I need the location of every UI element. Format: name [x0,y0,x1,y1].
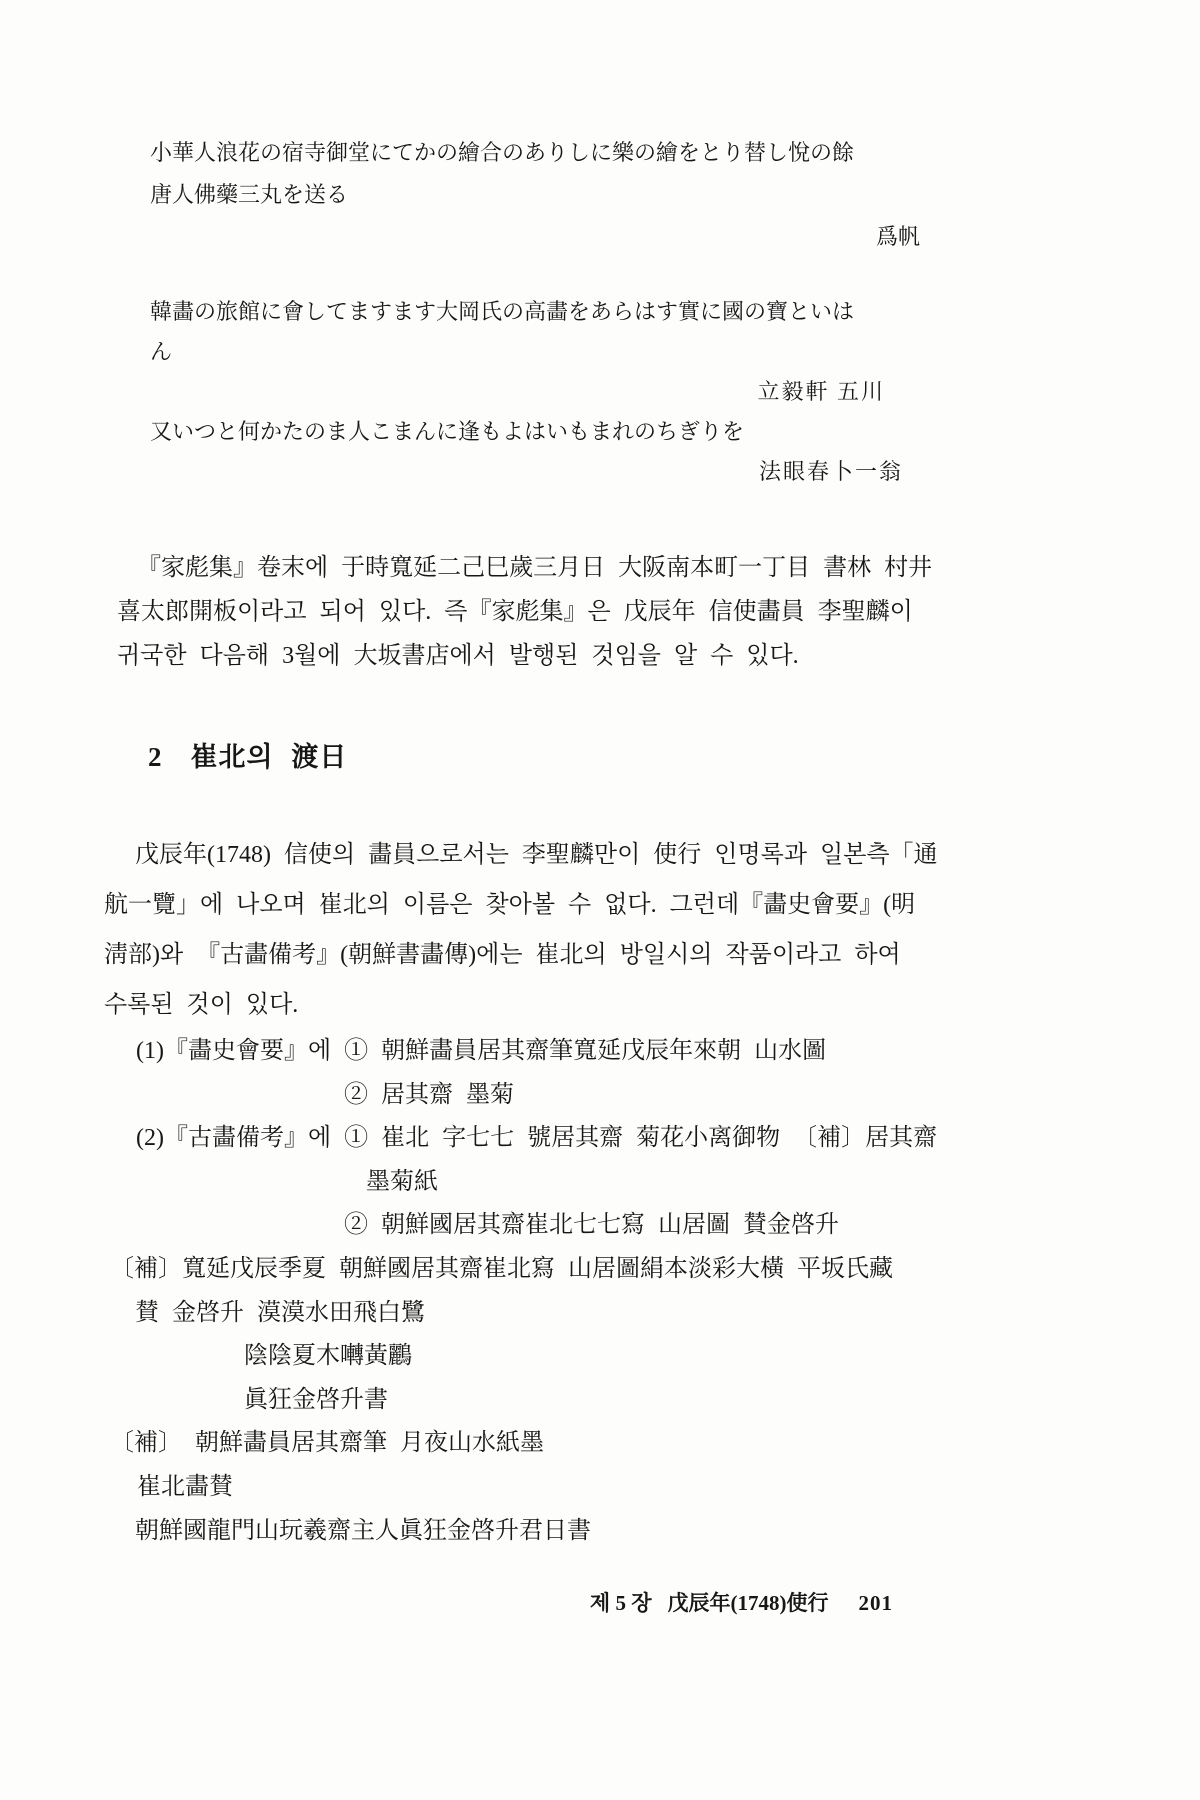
list-line: 朝鮮國龍門山玩羲齋主人眞狂金啓升君日書 [135,1510,950,1554]
scanned-document-page: 小華人浪花の宿寺御堂にてかの繪合のありしに樂の繪をとり替し悅の餘 唐人佛藥三丸を… [0,0,1200,1800]
list-line: 賛 金啓升 漠漠水田飛白鷺 [135,1292,950,1336]
quote-line: 韓畵の旅館に會してますます大岡氏の高畵をあらはす實に國の寶といは [150,292,950,332]
list-line: 陰陰夏木囀黃鸝 [244,1335,950,1379]
catalogue-list: (1)『畵史會要』에 ① 朝鮮畵員居其齋筆寬延戊辰年來朝 山水圖 ② 居其齋 墨… [104,1030,950,1553]
body-line: 航一覽」에 나오며 崔北의 이름은 찾아볼 수 없다. 그런데『畵史會要』(明 [104,880,950,930]
list-line: 〔補〕 朝鮮畵員居其齋筆 月夜山水紙墨 [110,1422,950,1466]
footer-page-number: 201 [859,1591,894,1615]
footer-title: 戊辰年(1748)使行 [668,1591,829,1615]
section-heading: 2崔北의 渡日 [148,740,950,774]
list-line: 〔補〕寬延戊辰季夏 朝鮮國居其齋崔北寫 山居圖絹本淡彩大橫 平坂氏藏 [110,1248,950,1292]
list-line: 墨菊紙 [366,1161,950,1205]
page-content: 小華人浪花の宿寺御堂にてかの繪合のありしに樂の繪をとり替し悅の餘 唐人佛藥三丸を… [0,0,950,1618]
body-paragraph-2: 戊辰年(1748) 信使의 畵員으로서는 李聖麟만이 使行 인명록과 일본측「通… [104,830,950,1030]
body-line: 수록된 것이 있다. [104,980,950,1030]
list-line: ② 朝鮮國居其齋崔北七七寫 山居圖 賛金啓升 [344,1204,950,1248]
list-line: (2)『古畵備考』에 ① 崔北 字七七 號居其齋 菊花小离御物 〔補〕居其齋 [136,1117,950,1161]
body-line: 『家彪集』卷末에 于時寬延二己巳歲三月日 大阪南本町一丁目 書林 村井 [137,546,950,590]
list-line: ② 居其齋 墨菊 [344,1074,950,1118]
verse-quote-2: 韓畵の旅館に會してますます大岡氏の高畵をあらはす實に國の寶といは ん 立毅軒 五… [104,292,950,492]
body-line: 喜太郎開板이라고 되어 있다. 즉『家彪集』은 戊辰年 信使畵員 李聖麟이 [117,590,950,634]
quote-line: 又いつと何かたのま人こまんに逢もよはいもまれのちぎりを [150,412,950,452]
quote2-attribution-1: 立毅軒 五川 [104,372,950,412]
body-line: 戊辰年(1748) 信使의 畵員으로서는 李聖麟만이 使行 인명록과 일본측「通 [135,830,950,880]
quote1-attribution: 爲帆 [104,216,950,258]
list-line: 崔北畵賛 [137,1466,950,1510]
footer-chapter: 제 5 장 [590,1591,652,1615]
quote-line: 唐人佛藥三丸を送る [150,174,950,216]
quote-line: 小華人浪花の宿寺御堂にてかの繪合のありしに樂の繪をとり替し悅の餘 [150,132,950,174]
list-line: 眞狂金啓升書 [244,1379,950,1423]
page-footer: 제 5 장戊辰年(1748)使行201 [104,1588,950,1618]
quote-line: ん [150,332,950,372]
list-line: (1)『畵史會要』에 ① 朝鮮畵員居其齋筆寬延戊辰年來朝 山水圖 [136,1030,950,1074]
section-title: 崔北의 渡日 [191,742,348,772]
verse-quote-1: 小華人浪花の宿寺御堂にてかの繪合のありしに樂の繪をとり替し悅の餘 唐人佛藥三丸を… [104,132,950,258]
body-paragraph-1: 『家彪集』卷末에 于時寬延二己巳歲三月日 大阪南本町一丁目 書林 村井 喜太郎開… [104,546,950,678]
section-number: 2 [148,742,163,772]
body-line: 귀국한 다음해 3월에 大坂書店에서 발행된 것임을 알 수 있다. [117,634,950,678]
quote2-attribution-2: 法眼春卜一翁 [104,452,950,492]
body-line: 淸部)와 『古畵備考』(朝鮮書畵傳)에는 崔北의 방일시의 작품이라고 하여 [104,930,950,980]
